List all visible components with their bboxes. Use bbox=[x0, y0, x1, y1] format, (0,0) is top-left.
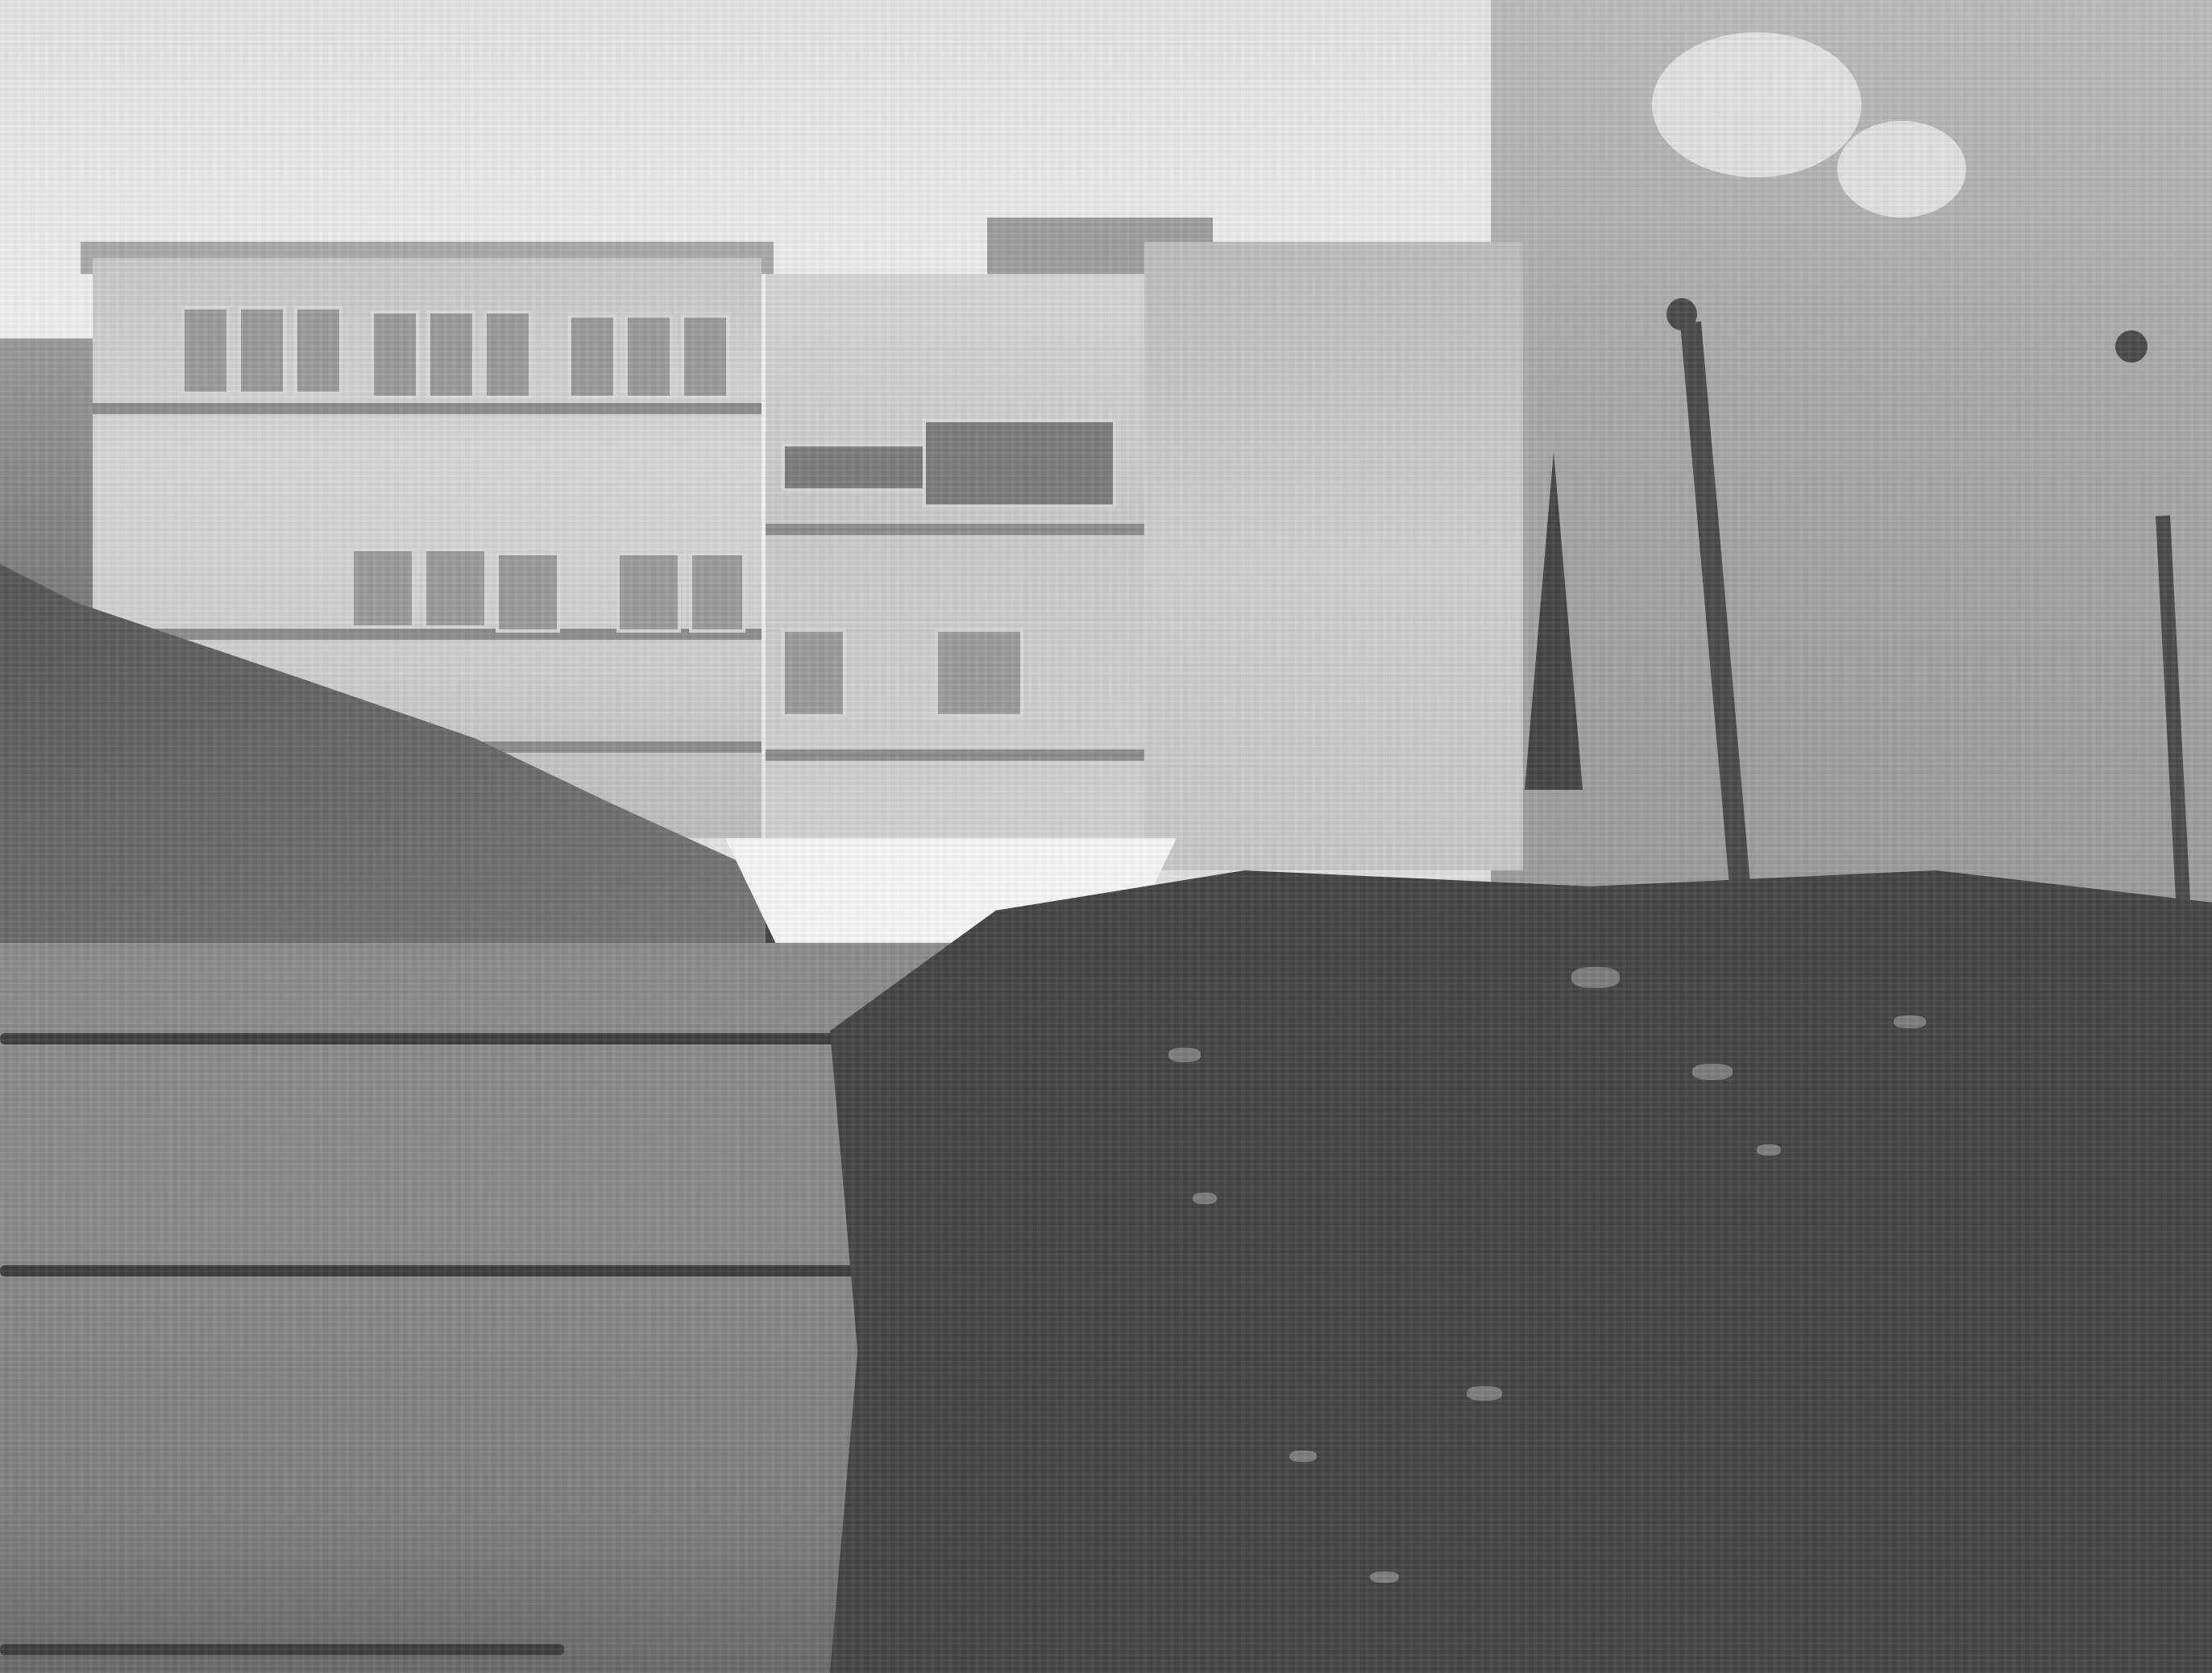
light-fleck bbox=[1289, 1451, 1317, 1462]
window bbox=[483, 310, 532, 399]
window bbox=[423, 548, 488, 629]
window bbox=[371, 310, 419, 399]
light-fleck bbox=[1757, 1144, 1781, 1156]
window bbox=[496, 552, 560, 633]
floor-band bbox=[766, 524, 1144, 535]
window bbox=[568, 314, 616, 399]
window bbox=[782, 443, 943, 492]
cypress-tree bbox=[1525, 451, 1583, 790]
window bbox=[427, 310, 475, 399]
light-fleck bbox=[1193, 1193, 1217, 1204]
window bbox=[351, 548, 415, 629]
light-fleck bbox=[1168, 1048, 1201, 1062]
window bbox=[681, 314, 729, 399]
pavement-seam bbox=[0, 1033, 927, 1044]
window bbox=[923, 419, 1116, 508]
light-fleck bbox=[1692, 1064, 1733, 1080]
pavement-seam bbox=[0, 1644, 564, 1655]
window bbox=[625, 314, 673, 399]
floor-band bbox=[93, 403, 762, 414]
window bbox=[935, 629, 1023, 717]
window bbox=[689, 552, 745, 633]
floor-band bbox=[766, 749, 1144, 761]
building-right-blurred bbox=[1144, 242, 1523, 870]
light-fleck bbox=[1467, 1386, 1502, 1401]
light-fleck bbox=[1894, 1015, 1926, 1028]
sky-gap bbox=[1837, 121, 1966, 218]
light-fleck bbox=[1370, 1571, 1399, 1583]
window bbox=[294, 306, 342, 395]
sky-gap bbox=[1652, 32, 1861, 177]
window bbox=[782, 629, 846, 717]
window bbox=[181, 306, 230, 395]
window bbox=[616, 552, 681, 633]
photograph bbox=[0, 0, 2212, 1673]
lamp-head bbox=[2115, 330, 2148, 363]
window bbox=[238, 306, 286, 395]
building-center bbox=[766, 274, 1144, 838]
shadowed-area bbox=[830, 870, 2212, 1673]
light-fleck bbox=[1571, 967, 1620, 988]
